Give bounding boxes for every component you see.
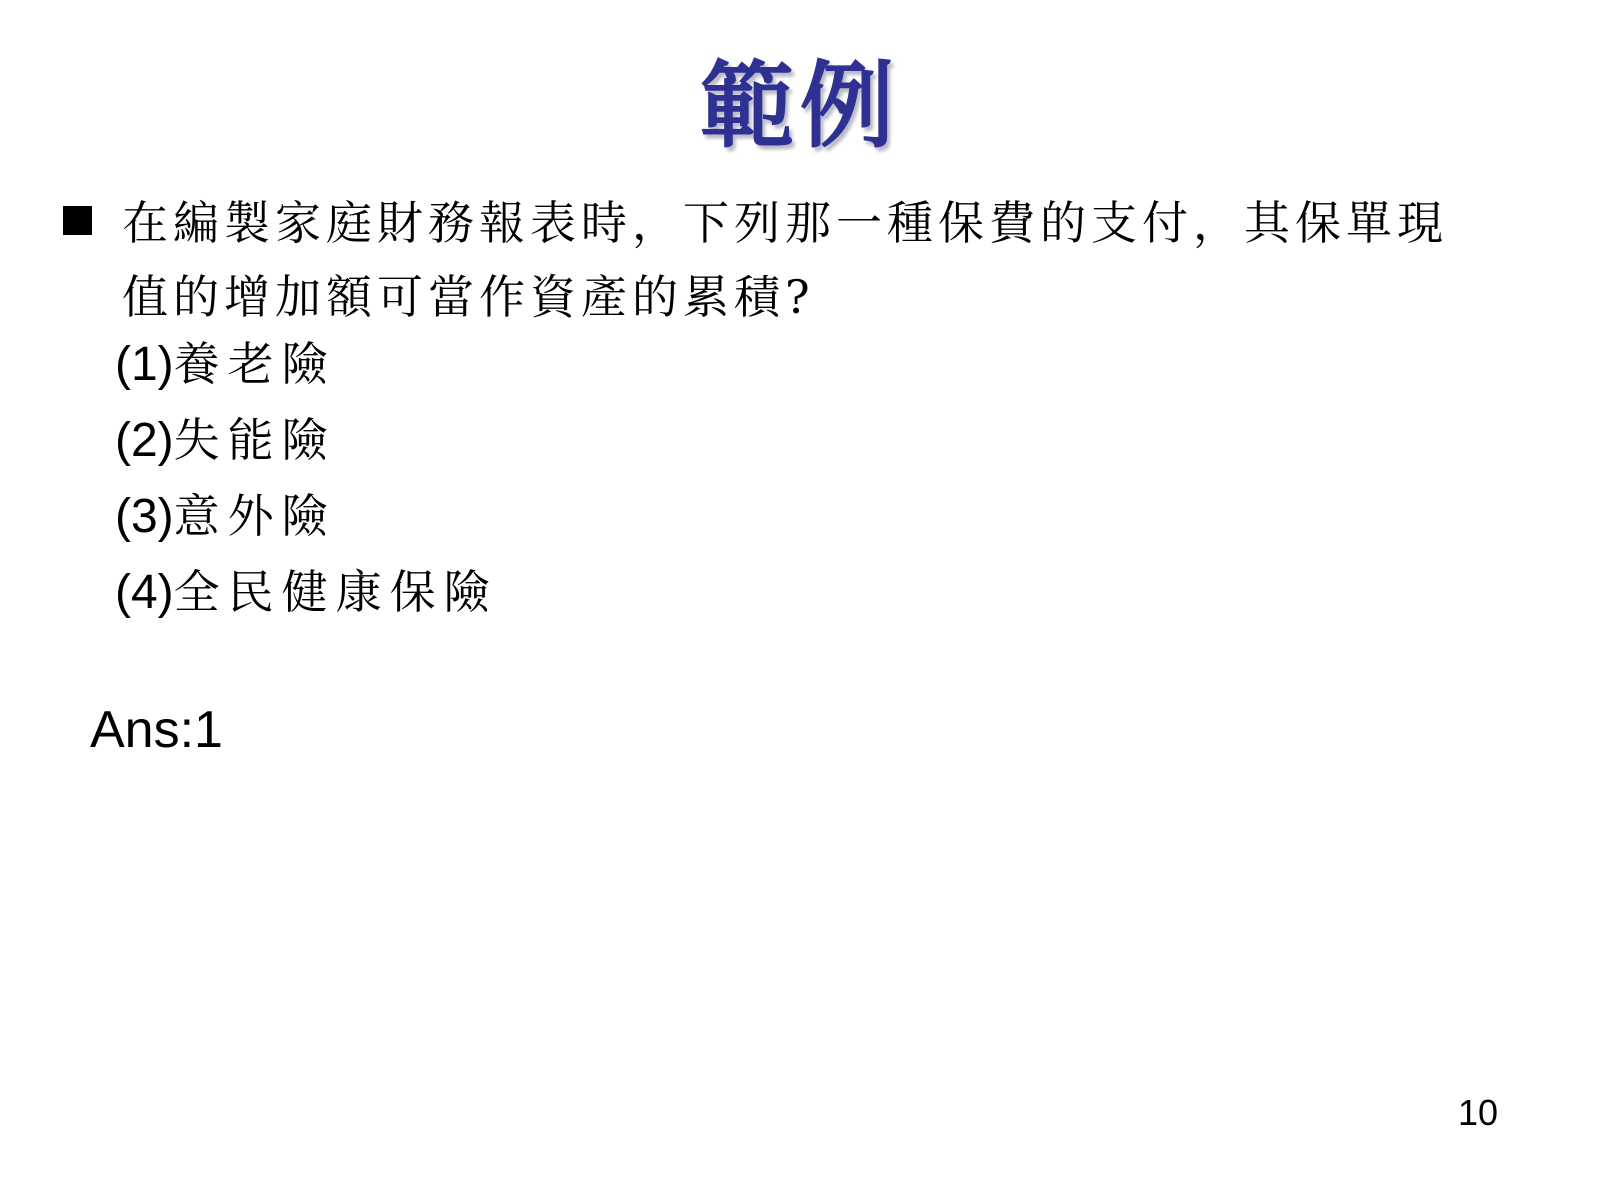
page-number: 10 [1458, 1092, 1498, 1134]
option-number: (1) [115, 338, 174, 391]
option-label: 養老險 [174, 337, 336, 391]
question-line-1: 在編製家庭財務報表時，下列那一種保費的支付，其保單現 [122, 186, 1448, 260]
options-list: (1)養老險 (2)失能險 (3)意外險 (4)全民健康保險 [115, 326, 498, 630]
option-label: 全民健康保險 [174, 565, 498, 619]
option-number: (4) [115, 566, 174, 619]
option-label: 失能險 [174, 413, 336, 467]
option-row: (2)失能險 [115, 402, 498, 478]
option-label: 意外險 [174, 489, 336, 543]
option-row: (1)養老險 [115, 326, 498, 402]
option-number: (2) [115, 414, 174, 467]
option-row: (3)意外險 [115, 478, 498, 554]
question-text: 在編製家庭財務報表時，下列那一種保費的支付，其保單現 值的增加額可當作資產的累積… [122, 186, 1448, 334]
answer-text: Ans:1 [90, 700, 223, 760]
option-number: (3) [115, 490, 174, 543]
slide-title: 範例 [0, 30, 1600, 165]
question-line-2: 值的增加額可當作資產的累積? [122, 260, 1448, 334]
question-block: 在編製家庭財務報表時，下列那一種保費的支付，其保單現 值的增加額可當作資產的累積… [63, 186, 1448, 334]
slide: 範例 在編製家庭財務報表時，下列那一種保費的支付，其保單現 值的增加額可當作資產… [0, 0, 1600, 1200]
option-row: (4)全民健康保險 [115, 554, 498, 630]
black-square-bullet-icon [63, 206, 92, 235]
